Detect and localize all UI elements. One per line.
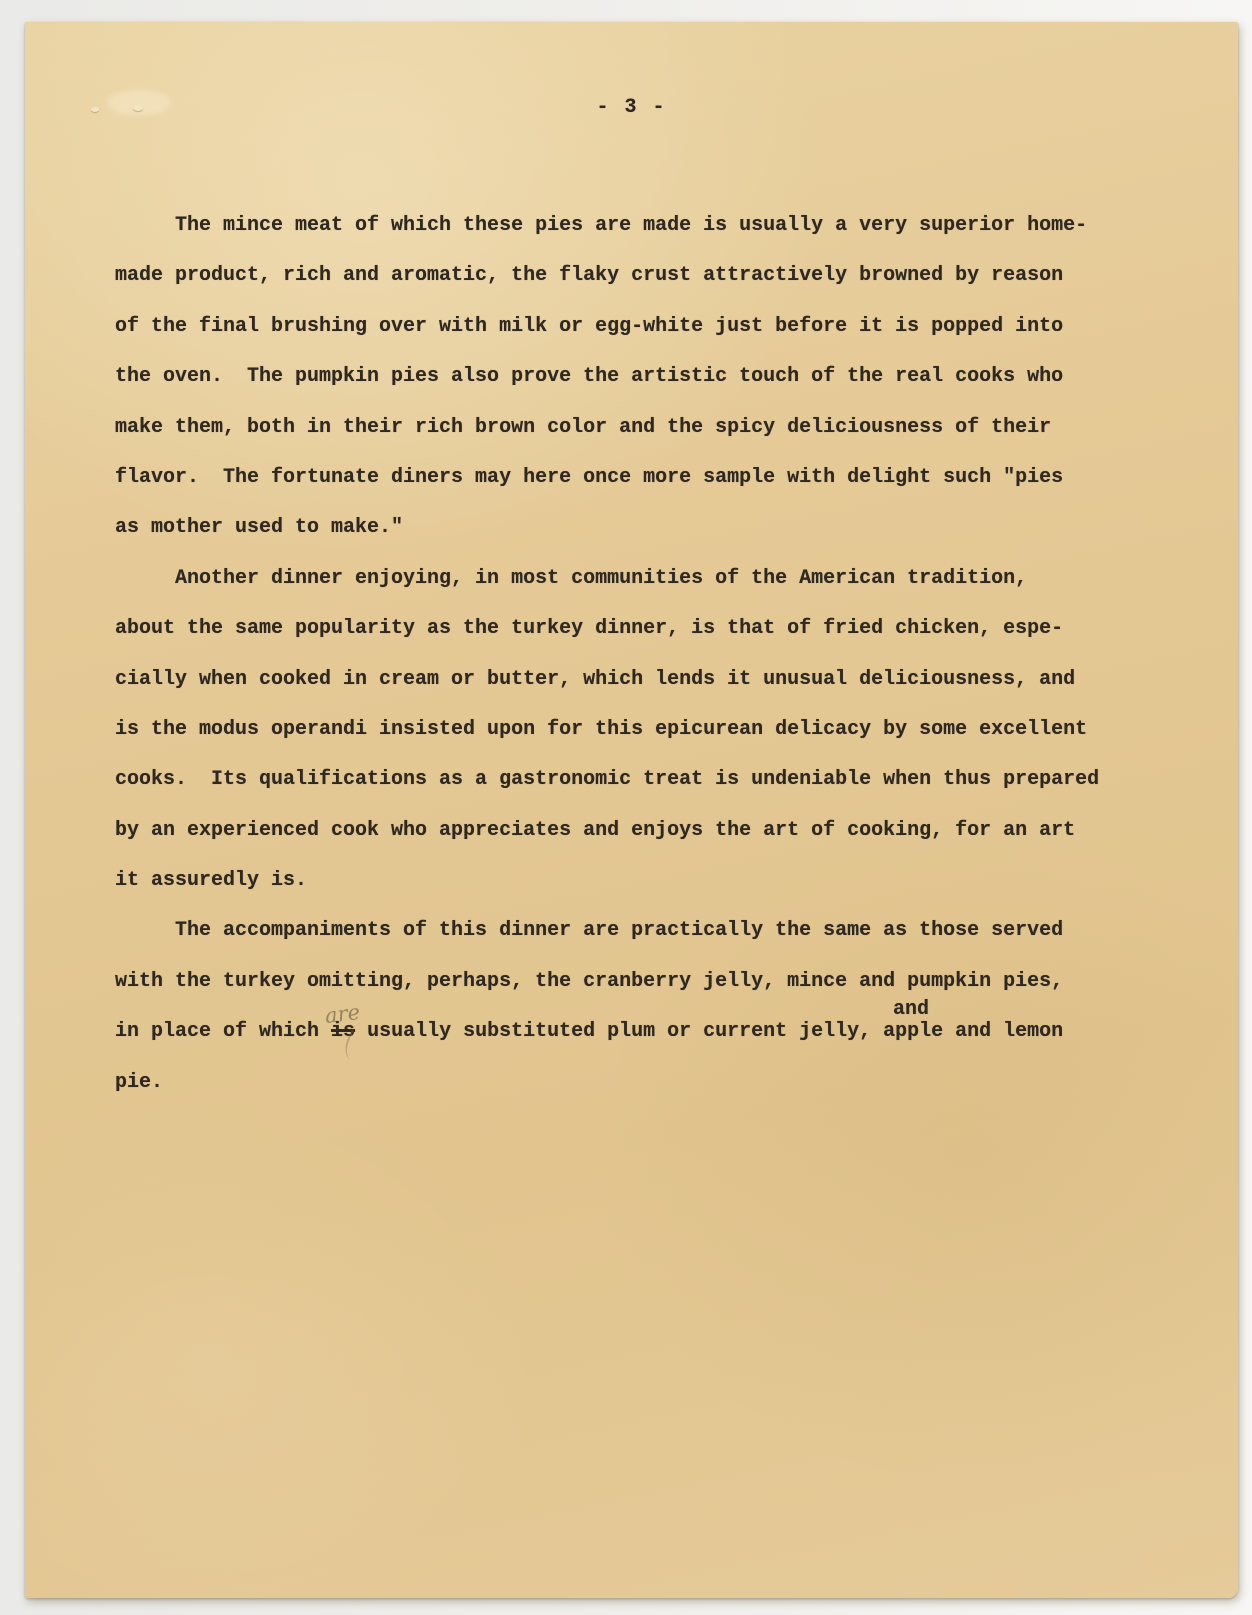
text-line: about the same popularity as the turkey … xyxy=(115,604,1175,654)
text-line: make them, both in their rich brown colo… xyxy=(115,403,1175,453)
scan-background: - 3 - The mince meat of which these pies… xyxy=(0,0,1252,1615)
text-line: of the final brushing over with milk or … xyxy=(115,302,1175,352)
text-line: as mother used to make." xyxy=(115,503,1175,553)
handwritten-annotation: are xyxy=(324,1002,361,1027)
text-line: The mince meat of which these pies are m… xyxy=(115,201,1175,251)
text-line: the oven. The pumpkin pies also prove th… xyxy=(115,352,1175,402)
text-line: it assuredly is. xyxy=(115,856,1175,906)
text-line: made product, rich and aromatic, the fla… xyxy=(115,251,1175,301)
text-line: cooks. Its qualifications as a gastronom… xyxy=(115,755,1175,805)
typewritten-text: The mince meat of which these pies are m… xyxy=(115,201,1175,1108)
text-segment: usually substituted plum or current jell… xyxy=(355,1020,1063,1043)
text-line: cially when cooked in cream or butter, w… xyxy=(115,655,1175,705)
text-segment: in place of which xyxy=(115,1020,331,1043)
text-line: is the modus operandi insisted upon for … xyxy=(115,705,1175,755)
text-line: with the turkey omitting, perhaps, the c… xyxy=(115,957,1175,1007)
text-line: flavor. The fortunate diners may here on… xyxy=(115,453,1175,503)
text-line: The accompaniments of this dinner are pr… xyxy=(115,906,1175,956)
text-line: by an experienced cook who appreciates a… xyxy=(115,806,1175,856)
text-line: Another dinner enjoying, in most communi… xyxy=(115,554,1175,604)
text-line-corrected: in place of which is usually substituted… xyxy=(115,1007,1175,1057)
document-page: - 3 - The mince meat of which these pies… xyxy=(25,22,1238,1598)
typed-insertion-word: and xyxy=(893,1000,929,1020)
page-number: - 3 - xyxy=(25,96,1238,119)
text-line: pie. xyxy=(115,1058,1175,1108)
